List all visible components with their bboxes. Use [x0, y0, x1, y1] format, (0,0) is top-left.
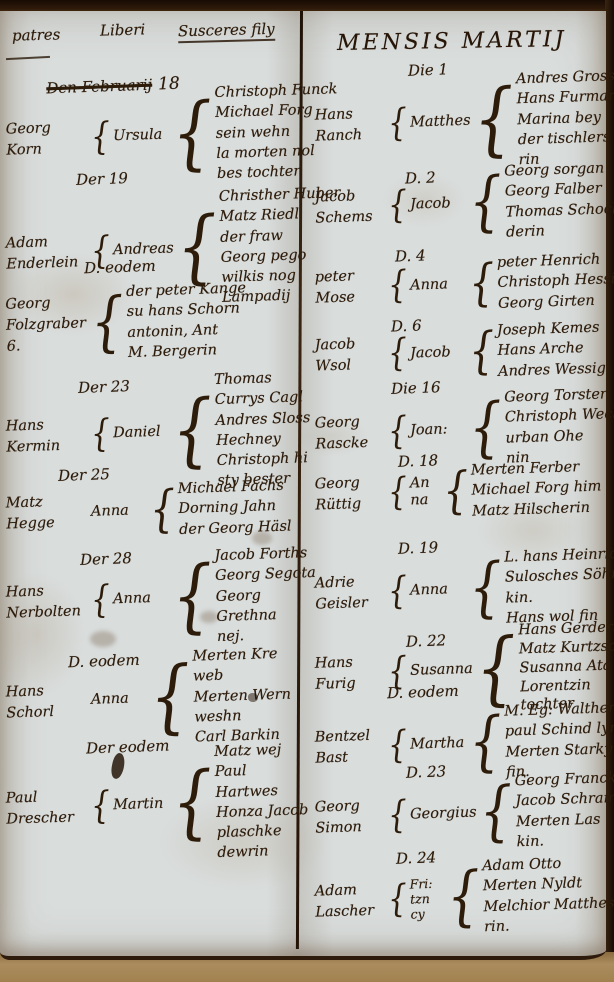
father-name: Hans Kermin	[5, 414, 88, 459]
child-name: Joan:	[410, 421, 467, 440]
father-name: Hans Furig	[314, 652, 385, 696]
sponsor-names: peter Henrich Christoph Hessig Georg Gir…	[497, 249, 614, 314]
father-name: Matz Hegge	[5, 491, 88, 536]
sponsor-names: der peter Kange su hans Schorn antonin, …	[126, 278, 248, 363]
register-entry: Jacob Schems { Jacob { Georg sorgan Geor…	[314, 158, 607, 248]
stain	[200, 611, 218, 623]
brace: {	[388, 339, 408, 370]
register-entry: Adam Lascher { Fri: tzn cy { Adam Otto M…	[314, 852, 607, 942]
sponsor-names: Merten Kre web Merten Wern weshn Carl Ba…	[192, 644, 292, 748]
ink-blot	[248, 693, 258, 702]
father-name: Adam Lascher	[314, 879, 385, 923]
child-name: Matthes	[410, 113, 471, 132]
month-title: MENSIS MARTIJ	[337, 27, 567, 56]
sponsor-names: Georg sorgan Georg Falber Thomas Schoch …	[504, 158, 614, 243]
brace: {	[475, 637, 518, 702]
child-name: Anna	[91, 502, 148, 521]
sponsor-names: L. hans Heinrich Sulosches Söhne kin. Ha…	[504, 544, 614, 629]
left-page: patres Liberi Susceres fily Den Februari…	[0, 11, 300, 956]
child-name: Anna	[113, 590, 170, 609]
father-name: Georg Rüttig	[314, 473, 385, 517]
brace: {	[388, 271, 408, 302]
register-entry: Paul Drescher { Martin { Matz wej Paul H…	[4, 739, 302, 870]
child-name: Anna	[91, 690, 148, 709]
brace: {	[91, 791, 111, 822]
child-name: Ursula	[113, 127, 170, 146]
register-entry: Georg Folzgraber 6. { der peter Kange su…	[5, 278, 248, 367]
father-name: Georg Rascke	[314, 411, 385, 455]
brace: {	[149, 665, 192, 730]
brace: {	[479, 786, 514, 839]
brace: {	[468, 562, 503, 615]
brace: {	[388, 730, 408, 761]
register-entry: Georg Rüttig { An na { Merten Ferber Mic…	[314, 457, 602, 527]
brace: {	[442, 471, 469, 512]
child-name: Anna	[410, 581, 467, 600]
brace: {	[171, 102, 214, 167]
father-name: Hans Ranch	[314, 103, 385, 147]
brace: {	[149, 490, 176, 531]
father-name: peter Mose	[314, 266, 385, 310]
child-name: Jacob	[410, 195, 467, 214]
sponsor-names: Matz wej Paul Hartwes Honza Jacob plasch…	[214, 739, 310, 864]
sponsor-names: Thomas Currys Cagl Andres Sloss Hechney …	[214, 367, 313, 492]
child-name: An na	[410, 475, 441, 511]
stain	[252, 531, 272, 545]
register-entry: Hans Nerbolten { Anna { Jacob Forths Geo…	[4, 543, 301, 654]
child-name: Anna	[410, 276, 467, 295]
sponsor-names: Joseph Kemes Hans Arche Andres Wessig	[497, 317, 607, 381]
brace: {	[388, 190, 408, 221]
brace: {	[388, 478, 408, 509]
brace: {	[171, 771, 214, 836]
sponsor-names: Andres Grosser Hans Furman Marina bey de…	[516, 66, 614, 171]
brace: {	[91, 419, 111, 450]
child-name: Martin	[113, 796, 170, 815]
right-page: MENSIS MARTIJ Die 1 Hans Ranch { Matthes…	[303, 11, 606, 956]
brace: {	[468, 331, 495, 372]
father-name: Hans Schorl	[5, 680, 88, 725]
register-entry: Jacob Wsol { Jacob { Joseph Kemes Hans A…	[314, 317, 606, 387]
father-name: Paul Drescher	[5, 786, 88, 831]
entry-date: D. eodem	[84, 257, 156, 277]
brace: {	[388, 884, 408, 915]
brace: {	[176, 216, 219, 281]
register-entry: Georg Korn { Ursula { Christoph Funck Mi…	[4, 80, 301, 191]
brace: {	[388, 576, 408, 607]
father-name: Adrie Geisler	[314, 571, 385, 615]
paper: patres Liberi Susceres fily Den Februari…	[0, 11, 606, 960]
sponsor-names: Michael Fachs Dorning Jahn der Georg Häs…	[177, 476, 291, 540]
brace: {	[91, 122, 111, 153]
brace: {	[468, 176, 503, 229]
father-name: Georg Simon	[314, 795, 385, 839]
father-name: Bentzel Bast	[314, 725, 385, 769]
brace: {	[388, 416, 408, 447]
father-name: Jacob Wsol	[314, 334, 385, 378]
child-name: Jacob	[410, 344, 467, 363]
column-header-patres: patres	[12, 25, 61, 44]
stain	[90, 631, 116, 647]
brace: {	[388, 800, 408, 831]
header-flourish	[6, 56, 50, 60]
brace: {	[446, 871, 481, 924]
register-entry: Georg Simon { Georgius { Georg Franck Ja…	[314, 768, 607, 858]
sponsor-names: Merten Ferber Michael Forg him Matz Hils…	[471, 457, 603, 522]
brace: {	[473, 88, 516, 153]
child-name: Martha	[410, 735, 467, 754]
register-entry: Matz Hegge Anna { Michael Fachs Dorning …	[5, 476, 292, 546]
father-name: Hans Nerbolten	[5, 580, 88, 625]
father-name: Jacob Schems	[314, 185, 385, 229]
brace: {	[468, 263, 495, 304]
manuscript-page: patres Liberi Susceres fily Den Februari…	[0, 0, 614, 982]
column-header-susceptores: Susceres fily	[178, 20, 275, 44]
sponsor-names: Adam Otto Merten Nyldt Melchior Matthes …	[482, 852, 614, 937]
child-name: Georgius	[410, 804, 477, 823]
register-entry: peter Mose { Anna { peter Henrich Christ…	[314, 249, 607, 319]
father-name: Adam Enderlein	[5, 231, 88, 276]
brace: {	[388, 108, 408, 139]
entry-date: D. eodem	[387, 682, 459, 702]
brace: {	[90, 297, 125, 350]
sponsor-names: Georg Franck Jacob Schram Merten Las kin…	[514, 768, 614, 852]
child-name: Daniel	[113, 424, 170, 443]
child-name: Fri: tzn cy	[409, 876, 444, 922]
column-header-liberi: Liberi	[100, 20, 146, 39]
brace: {	[91, 585, 111, 616]
child-name: Susanna	[410, 661, 473, 680]
brace: {	[468, 716, 503, 769]
brace: {	[171, 399, 214, 464]
brace: {	[468, 402, 503, 455]
father-name: Georg Korn	[5, 117, 88, 162]
father-name: Georg Folzgraber 6.	[5, 292, 89, 358]
entry-date: Der 19	[76, 169, 129, 189]
